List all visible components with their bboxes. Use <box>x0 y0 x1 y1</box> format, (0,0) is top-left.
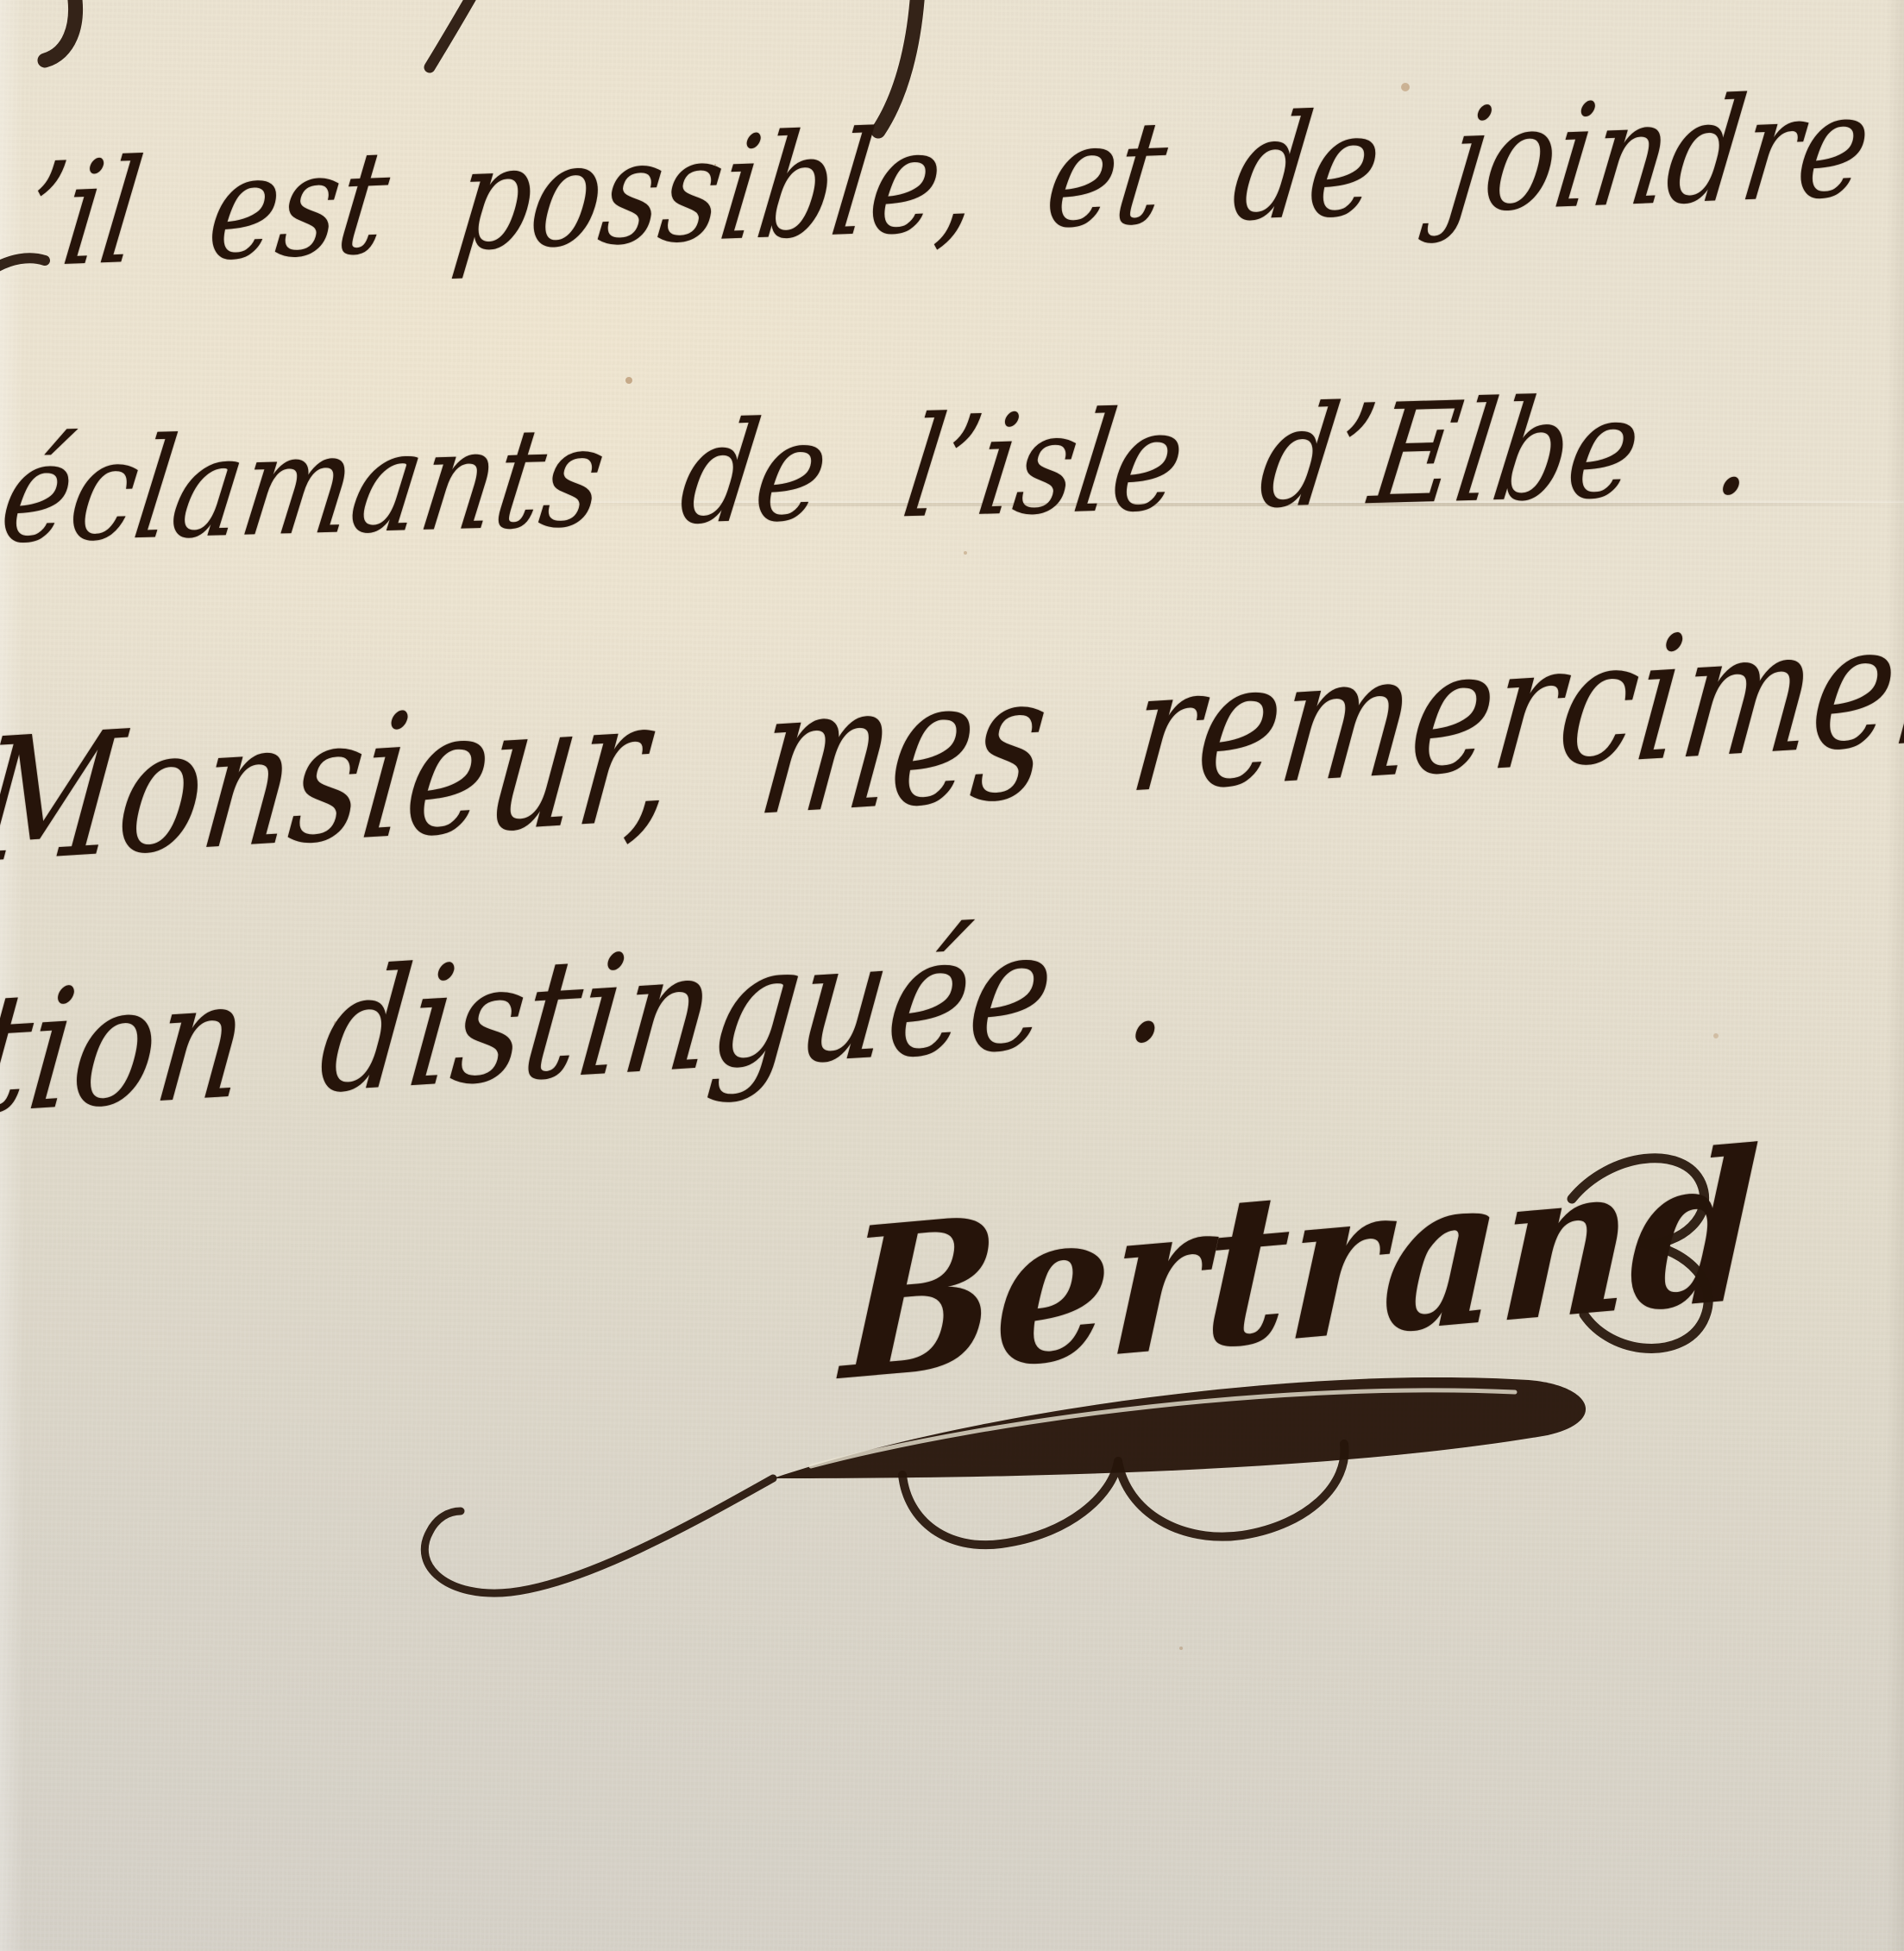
signature-bertrand: Bertrand <box>839 1123 1763 1410</box>
flourish-scallops <box>902 1444 1345 1545</box>
cutoff-stroke-top-slash <box>430 0 474 67</box>
handwriting-line-distinguee: tion distinguée . <box>0 900 1182 1139</box>
manuscript-page: ’il est possible, et de joindre éclamant… <box>0 0 1904 1951</box>
paper-edge-shadow <box>1887 0 1904 1951</box>
foxing-specks <box>625 377 632 384</box>
flourish-tail <box>424 1478 773 1593</box>
cutoff-stroke-top-left <box>45 0 76 60</box>
handwriting-line-monsieur: Monsieur, mes remercimens, e <box>0 578 1904 888</box>
handwriting-line-elbe: éclamants de l’isle d’Elbe . <box>0 375 1766 562</box>
handwriting-line-possible: ’il est possible, et de joindre <box>18 74 1878 288</box>
